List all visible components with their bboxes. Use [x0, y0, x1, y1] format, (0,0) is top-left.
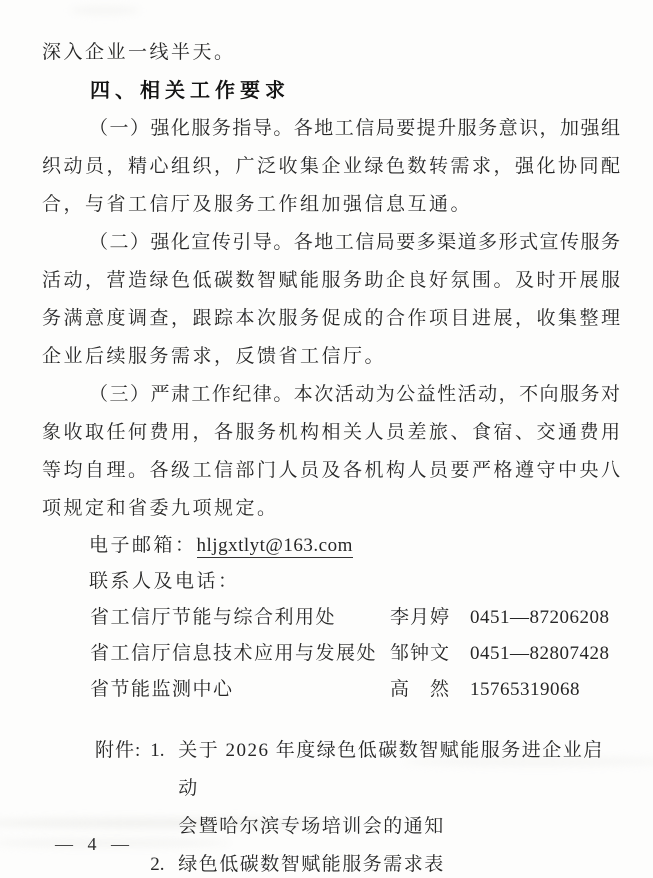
attachment-number: 1.	[150, 732, 178, 846]
attachment-title-line: 关于 2026 年度绿色低碳数智赋能服务进企业启动	[178, 732, 620, 808]
contact-department: 省工信厅信息技术应用与发展处	[90, 636, 390, 672]
attachment-title-line: 会暨哈尔滨专场培训会的通知	[178, 808, 620, 846]
paragraph-line: 织动员，精心组织，广泛收集企业绿色数转需求，强化协同配	[42, 148, 620, 186]
section-heading: 四、相关工作要求	[42, 72, 620, 110]
document-body: 深入企业一线半天。 四、相关工作要求 （一）强化服务指导。各地工信局要提升服务意…	[42, 34, 620, 878]
attachments-list: 1. 关于 2026 年度绿色低碳数智赋能服务进企业启动 会暨哈尔滨专场培训会的…	[150, 732, 620, 878]
document-page: 深入企业一线半天。 四、相关工作要求 （一）强化服务指导。各地工信局要提升服务意…	[0, 0, 653, 878]
intro-line: 深入企业一线半天。	[42, 34, 620, 72]
attachment-title: 绿色低碳数智赋能服务需求表	[178, 846, 445, 878]
contact-phone: 0451—82807428	[470, 636, 610, 672]
paragraph-line: 企业后续服务需求，反馈省工信厅。	[42, 338, 620, 376]
contact-row-energy-monitoring-center: 省节能监测中心 高 然 15765319068	[90, 672, 620, 708]
attachments-label: 附件:	[95, 732, 141, 878]
contacts-list: 省工信厅节能与综合利用处 李月婷 0451—87206208 省工信厅信息技术应…	[90, 600, 620, 708]
contact-name: 邹钟文	[390, 636, 470, 672]
email-address: hljgxtlyt@163.com	[197, 535, 353, 558]
contact-name: 李月婷	[390, 600, 470, 636]
scan-artifact	[70, 6, 140, 15]
attachment-title: 关于 2026 年度绿色低碳数智赋能服务进企业启动 会暨哈尔滨专场培训会的通知	[178, 732, 620, 846]
paragraph-work-discipline: （三）严肃工作纪律。本次活动为公益性活动，不向服务对 象收取任何费用，各服务机构…	[42, 376, 620, 528]
attachment-title-line: 绿色低碳数智赋能服务需求表	[178, 846, 445, 878]
contact-department: 省工信厅节能与综合利用处	[90, 600, 390, 636]
attachments-block: 附件: 1. 关于 2026 年度绿色低碳数智赋能服务进企业启动 会暨哈尔滨专场…	[95, 732, 620, 878]
attachment-item-1: 1. 关于 2026 年度绿色低碳数智赋能服务进企业启动 会暨哈尔滨专场培训会的…	[150, 732, 620, 846]
contact-phone: 0451—87206208	[470, 600, 610, 636]
paragraph-line: （三）严肃工作纪律。本次活动为公益性活动，不向服务对	[42, 376, 620, 414]
paragraph-strengthen-publicity: （二）强化宣传引导。各地工信局要多渠道多形式宣传服务 活动，营造绿色低碳数智赋能…	[42, 224, 620, 376]
paragraph-strengthen-service-guidance: （一）强化服务指导。各地工信局要提升服务意识，加强组 织动员，精心组织，广泛收集…	[42, 110, 620, 224]
email-line: 电子邮箱：hljgxtlyt@163.com	[42, 528, 620, 564]
paragraph-line: 象收取任何费用，各服务机构相关人员差旅、食宿、交通费用	[42, 414, 620, 452]
contact-name: 高 然	[390, 672, 470, 708]
contacts-heading: 联系人及电话：	[42, 564, 620, 600]
contact-phone: 15765319068	[470, 672, 580, 708]
paragraph-line: 等均自理。各级工信部门人员及各机构人员要严格遵守中央八	[42, 452, 620, 490]
contact-section: 电子邮箱：hljgxtlyt@163.com 联系人及电话： 省工信厅节能与综合…	[42, 528, 620, 708]
attachment-number: 2.	[150, 846, 178, 878]
email-label: 电子邮箱：	[89, 535, 197, 556]
contact-row-energy-conservation-division: 省工信厅节能与综合利用处 李月婷 0451—87206208	[90, 600, 620, 636]
paragraph-line: 合，与省工信厅及服务工作组加强信息互通。	[42, 186, 620, 224]
paragraph-line: （二）强化宣传引导。各地工信局要多渠道多形式宣传服务	[42, 224, 620, 262]
paragraph-line: 务满意度调查，跟踪本次服务促成的合作项目进展，收集整理	[42, 300, 620, 338]
paragraph-line: （一）强化服务指导。各地工信局要提升服务意识，加强组	[42, 110, 620, 148]
paragraph-line: 项规定和省委九项规定。	[42, 490, 620, 528]
page-number: — 4 —	[55, 834, 134, 855]
paragraph-line: 活动，营造绿色低碳数智赋能服务助企良好氛围。及时开展服	[42, 262, 620, 300]
contact-row-it-application-division: 省工信厅信息技术应用与发展处 邹钟文 0451—82807428	[90, 636, 620, 672]
contact-department: 省节能监测中心	[90, 672, 390, 708]
attachment-item-2: 2. 绿色低碳数智赋能服务需求表	[150, 846, 620, 878]
